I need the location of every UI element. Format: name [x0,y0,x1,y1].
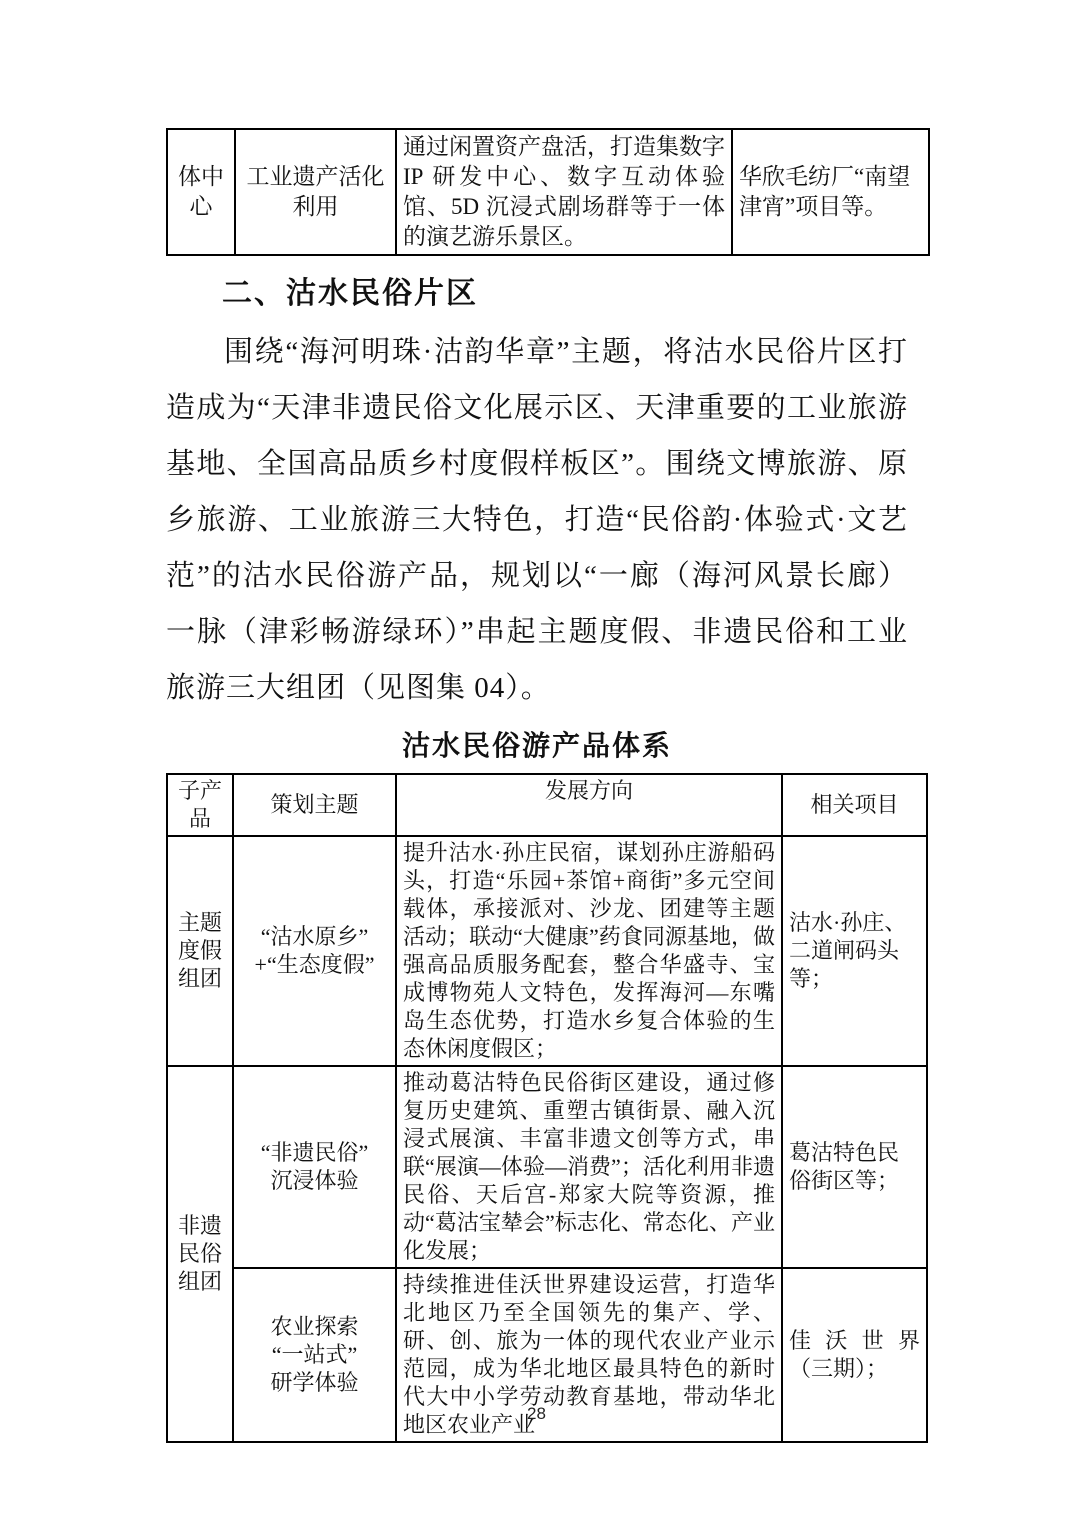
header-sub-product: 子产品 [167,774,233,836]
table-row: 主题度假组团 “沽水原乡” +“生态度假” 提升沽水·孙庄民宿，谋划孙庄游船码头… [167,836,927,1066]
cell-group: 非遗民俗组团 [167,1066,233,1442]
cell-theme: 工业遗产活化利用 [235,129,396,255]
cell-sub-product: 体中心 [167,129,235,255]
cell-projects: 华欣毛纺厂“南望津宵”项目等。 [732,129,929,255]
industrial-heritage-table-fragment: 体中心 工业遗产活化利用 通过闲置资产盘活，打造集数字 IP 研发中心、数字互动… [166,128,930,256]
cell-theme: “沽水原乡” +“生态度假” [233,836,396,1066]
cell-projects: 葛沽特色民俗街区等； [782,1066,927,1268]
cell-group: 主题度假组团 [167,836,233,1066]
cell-direction: 推动葛沽特色民俗街区建设，通过修复历史建筑、重塑古镇街景、融入沉浸式展演、丰富非… [396,1066,782,1268]
table-header-row: 子产品 策划主题 发展方向 相关项目 [167,774,927,836]
header-direction: 发展方向 [396,774,782,836]
section-heading: 二、沽水民俗片区 [166,268,908,312]
cell-direction: 提升沽水·孙庄民宿，谋划孙庄游船码头，打造“乐园+茶馆+商街”多元空间载体，承接… [396,836,782,1066]
body-paragraph: 围绕“海河明珠·沽韵华章”主题，将沽水民俗片区打造成为“天津非遗民俗文化展示区、… [166,324,908,716]
table-title: 沽水民俗游产品体系 [166,724,908,764]
table-row: 体中心 工业遗产活化利用 通过闲置资产盘活，打造集数字 IP 研发中心、数字互动… [167,129,929,255]
product-system-table: 子产品 策划主题 发展方向 相关项目 主题度假组团 “沽水原乡” +“生态度假”… [166,773,928,1443]
page-number: 28 [0,1404,1073,1424]
header-theme: 策划主题 [233,774,396,836]
header-projects: 相关项目 [782,774,927,836]
table-row: 非遗民俗组团 “非遗民俗” 沉浸体验 推动葛沽特色民俗街区建设，通过修复历史建筑… [167,1066,927,1268]
cell-theme: “非遗民俗” 沉浸体验 [233,1066,396,1268]
cell-projects: 沽水·孙庄、二道闸码头等； [782,836,927,1066]
cell-direction: 通过闲置资产盘活，打造集数字 IP 研发中心、数字互动体验馆、5D 沉浸式剧场群… [396,129,732,255]
